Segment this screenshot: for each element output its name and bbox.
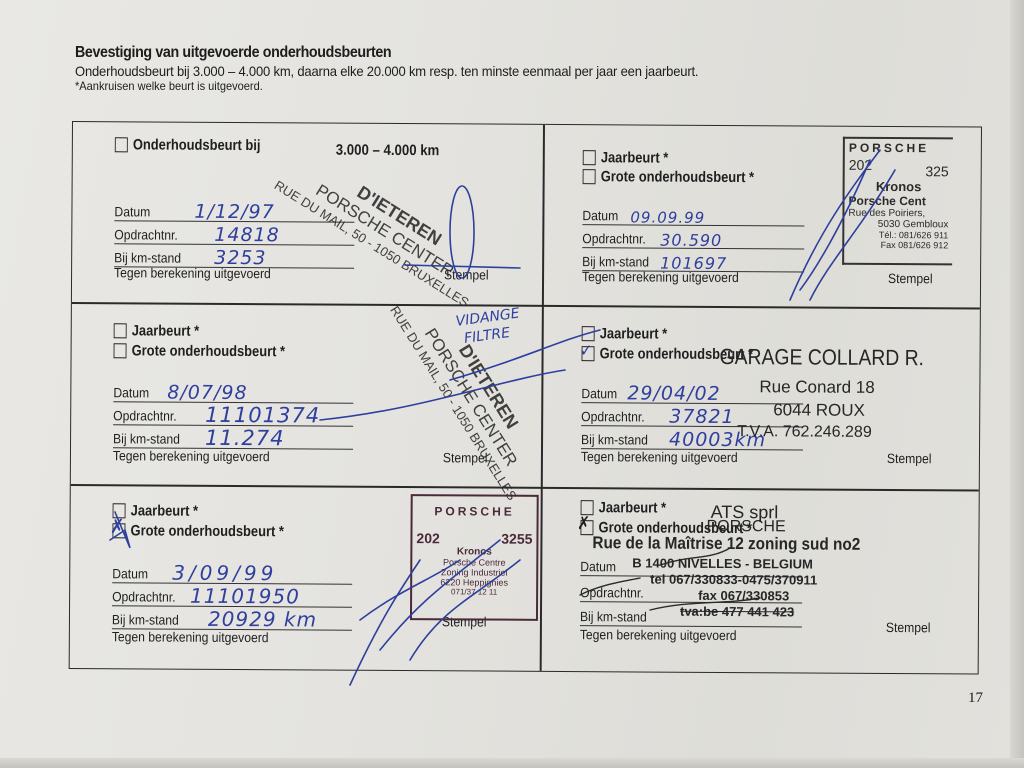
- dealer-stamp-kronos-gembloux: PORSCHE 202 325 Kronos Porsche Cent Rue …: [842, 137, 953, 266]
- field-label: Bij km-stand: [114, 250, 181, 265]
- stempel-label: Stempel: [887, 451, 932, 466]
- field-label: Datum: [113, 385, 149, 400]
- stamp-city: 6220 Heppignies: [416, 577, 532, 588]
- checkbox-jaarbeurt[interactable]: Jaarbeurt *: [583, 149, 669, 167]
- stamp-address: Rue Conard 18: [759, 377, 874, 398]
- checkbox-icon[interactable]: [114, 323, 127, 338]
- stamp-address: Zoning Industriel: [416, 567, 532, 578]
- handwritten-order-number: 30.590: [660, 231, 722, 250]
- datum-field[interactable]: Datum 3/09/99: [112, 562, 352, 584]
- field-label: Opdrachtnr.: [581, 409, 645, 424]
- stamp-address: Rue des Poiriers,: [848, 208, 948, 220]
- handwritten-km: 11.274: [205, 426, 285, 450]
- page-shadow: [0, 758, 1024, 768]
- stamp-tel: 071/37 12 11: [416, 587, 532, 597]
- dealer-stamp-kronos-heppignies: PORSCHE 202 3255 Kronos Porsche Centre Z…: [410, 494, 539, 621]
- service-entry-5: Jaarbeurt * ✗ Grote onderhoudsbeurt * Da…: [70, 484, 541, 671]
- datum-field[interactable]: Datum 09.09.99: [582, 204, 804, 226]
- stamp-dealer-line2: Porsche Centre: [416, 557, 532, 568]
- checkbox-icon[interactable]: [115, 137, 128, 152]
- tegen-berekening-label: Tegen berekening uitgevoerd: [114, 265, 271, 281]
- checkbox-label: Onderhoudsbeurt bij: [133, 136, 261, 154]
- checkbox-icon[interactable]: [114, 343, 127, 358]
- stamp-code: 202: [416, 530, 439, 546]
- km-field[interactable]: Bij km-stand 11.274: [113, 427, 353, 449]
- stamp-city: 6044 ROUX: [773, 400, 865, 421]
- field-label: Datum: [114, 204, 150, 219]
- handwritten-date: 3/09/99: [172, 561, 277, 586]
- checkbox-jaarbeurt[interactable]: Jaarbeurt *: [582, 325, 668, 343]
- service-entry-6: Jaarbeurt * ✗ Grote onderhoudsbeurt * Da…: [540, 487, 979, 674]
- checkbox-checked-icon[interactable]: ✗: [112, 523, 125, 538]
- handwritten-order-number: 14818: [214, 224, 280, 246]
- page-subtitle: Onderhoudsbeurt bij 3.000 – 4.000 km, da…: [75, 63, 698, 79]
- tegen-berekening-label: Tegen berekening uitgevoerd: [112, 629, 269, 645]
- field-label: Datum: [581, 386, 617, 401]
- stamp-dealer-name: Kronos: [416, 546, 532, 558]
- checkbox-label: Grote onderhoudsbeurt *: [132, 342, 285, 360]
- field-label: Datum: [582, 208, 618, 223]
- field-label: Bij km-stand: [113, 431, 180, 446]
- checkbox-label: Grote onderhoudsbeurt *: [131, 522, 284, 540]
- stempel-label: Stempel: [886, 620, 931, 635]
- service-range: 3.000 – 4.000 km: [336, 142, 440, 160]
- tegen-berekening-label: Tegen berekening uitgevoerd: [581, 449, 738, 465]
- stamp-fax: fax 067/330853: [698, 588, 789, 604]
- handwritten-order-number: 11101950: [190, 584, 300, 609]
- page-title: Bevestiging van uitgevoerde onderhoudsbe…: [75, 44, 391, 62]
- tegen-berekening-label: Tegen berekening uitgevoerd: [582, 269, 739, 285]
- stamp-city: 5030 Gembloux: [848, 219, 948, 231]
- field-label: Opdrachtnr.: [112, 589, 176, 604]
- stamp-tel: Tél.: 081/626 911: [848, 230, 948, 241]
- stamp-brand: PORSCHE: [849, 141, 949, 156]
- checkbox-label: Jaarbeurt *: [601, 149, 669, 166]
- handwritten-date: 29/04/02: [627, 382, 720, 405]
- field-label: Opdrachtnr.: [113, 408, 177, 423]
- page-edge: [1010, 0, 1024, 768]
- handwritten-date: 1/12/97: [194, 201, 274, 223]
- checkbox-jaarbeurt[interactable]: Jaarbeurt *: [113, 502, 199, 520]
- handwritten-order-number: 11101374: [205, 403, 320, 428]
- opdrachtnr-field[interactable]: Opdrachtnr. 30.590: [582, 227, 804, 249]
- service-entry-4: Jaarbeurt * ✓ Grote onderhoudsbeurt * Da…: [541, 305, 980, 490]
- stamp-vat: tva:be 477 441 423: [680, 604, 794, 620]
- stamp-code: 325: [925, 163, 948, 179]
- field-label: Bij km-stand: [581, 432, 648, 447]
- checkbox-label: Grote onderhoudsbeurt *: [601, 168, 754, 186]
- stamp-dealer-name: Kronos: [849, 179, 949, 195]
- stempel-label: Stempel: [888, 271, 933, 286]
- stamp-code: 202: [849, 157, 872, 179]
- handwritten-order-number: 37821: [669, 406, 735, 428]
- page-number: 17: [968, 690, 983, 707]
- tegen-berekening-label: Tegen berekening uitgevoerd: [113, 448, 270, 464]
- field-label: Opdrachtnr.: [582, 231, 646, 246]
- checkbox-label: Jaarbeurt *: [131, 502, 199, 519]
- opdrachtnr-field[interactable]: Opdrachtnr. 14818: [114, 223, 354, 245]
- checkbox-first-service[interactable]: Onderhoudsbeurt bij: [115, 136, 261, 154]
- checkbox-icon[interactable]: [582, 326, 595, 341]
- checkbox-grote-onderhoudsbeurt[interactable]: Grote onderhoudsbeurt *: [583, 168, 755, 186]
- stamp-city: B 1400 NIVELLES - BELGIUM: [632, 555, 813, 571]
- stamp-dealer-line2: Porsche Cent: [848, 194, 948, 209]
- field-label: Datum: [580, 559, 616, 574]
- booklet-page: Bevestiging van uitgevoerde onderhoudsbe…: [0, 0, 1018, 760]
- handwritten-date: 8/07/98: [167, 382, 247, 404]
- tegen-berekening-label: Tegen berekening uitgevoerd: [580, 627, 737, 643]
- checkbox-jaarbeurt[interactable]: Jaarbeurt *: [114, 322, 200, 340]
- checkbox-icon[interactable]: [583, 150, 596, 165]
- field-label: Datum: [112, 566, 148, 581]
- checkbox-label: Jaarbeurt *: [132, 322, 200, 339]
- checkbox-grote-onderhoudsbeurt[interactable]: Grote onderhoudsbeurt *: [114, 342, 286, 360]
- checkbox-jaarbeurt[interactable]: Jaarbeurt *: [581, 499, 667, 517]
- stamp-address: Rue de la Maîtrise 12 zoning sud no2: [592, 533, 860, 555]
- handwritten-km: 20929 km: [208, 607, 317, 632]
- stamp-fax: Fax 081/626 912: [848, 240, 948, 251]
- stamp-vat: T.V.A. 762.246.289: [737, 423, 872, 442]
- km-field[interactable]: Bij km-stand 20929 km: [112, 608, 352, 630]
- datum-field[interactable]: Datum 8/07/98: [113, 381, 353, 403]
- field-label: Bij km-stand: [582, 254, 649, 269]
- stamp-dealer-name: GARAGE COLLARD R.: [719, 344, 924, 371]
- field-label: Opdrachtnr.: [114, 227, 178, 242]
- field-label: Bij km-stand: [580, 609, 647, 624]
- service-record-grid: Onderhoudsbeurt bij 3.000 – 4.000 km Dat…: [69, 121, 982, 675]
- opdrachtnr-field[interactable]: Opdrachtnr. 11101950: [112, 585, 352, 607]
- stamp-tel: tel 067/330833-0475/370911: [650, 572, 817, 588]
- checkbox-label: Jaarbeurt *: [599, 499, 667, 516]
- stamp-brand: PORSCHE: [417, 504, 533, 519]
- field-label: Bij km-stand: [112, 612, 179, 627]
- handwritten-date: 09.09.99: [630, 208, 705, 226]
- footnote: *Aankruisen welke beurt is uitgevoerd.: [75, 79, 263, 93]
- checkbox-label: Jaarbeurt *: [600, 325, 668, 342]
- checkbox-checked-icon[interactable]: ✓: [582, 346, 595, 361]
- opdrachtnr-field[interactable]: Opdrachtnr. 11101374: [113, 404, 353, 426]
- field-label: Opdrachtnr.: [580, 585, 644, 600]
- checkbox-grote-onderhoudsbeurt-checked[interactable]: ✗ Grote onderhoudsbeurt *: [112, 522, 284, 540]
- service-entry-2: Jaarbeurt * Grote onderhoudsbeurt * Datu…: [542, 125, 981, 308]
- checkbox-icon[interactable]: [583, 169, 596, 184]
- stamp-code: 3255: [501, 531, 532, 547]
